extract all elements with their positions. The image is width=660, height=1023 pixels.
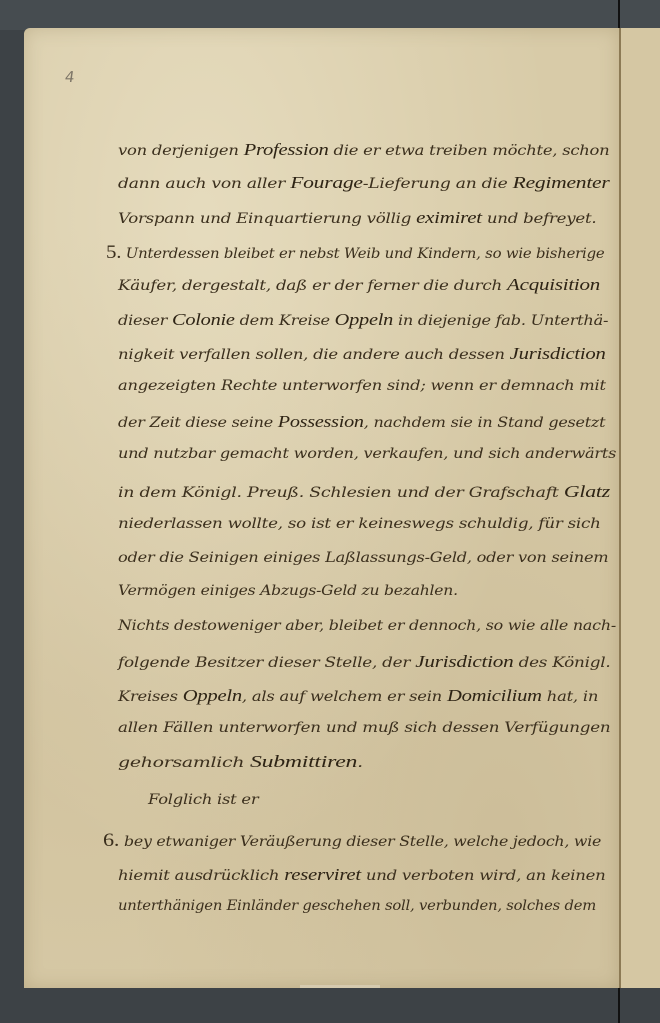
latin-term: eximiret	[416, 208, 482, 227]
spine-line-top	[618, 0, 620, 30]
manuscript-line: hiemit ausdrücklich reserviret und verbo…	[118, 865, 606, 885]
kurrent-text: , nachdem sie in Stand gesetzt	[364, 415, 606, 431]
kurrent-text: oder die Seinigen einiges Laßlassungs-Ge…	[118, 550, 608, 566]
manuscript-line: nigkeit verfallen sollen, die andere auc…	[118, 344, 606, 364]
kurrent-text: hiemit ausdrücklich	[118, 868, 284, 884]
latin-term: Fourage	[290, 173, 362, 192]
latin-term: Domicilium	[447, 686, 542, 705]
manuscript-line: folgende Besitzer dieser Stelle, der Jur…	[118, 652, 611, 672]
manuscript-line: Vermögen einiges Abzugs-Geld zu bezahlen…	[118, 583, 458, 599]
latin-term: Submittiren	[250, 752, 357, 771]
kurrent-text: Folglich ist er	[148, 792, 258, 808]
manuscript-line: allen Fällen unterworfen und muß sich de…	[118, 720, 610, 736]
kurrent-text: nigkeit verfallen sollen, die andere auc…	[118, 347, 510, 363]
kurrent-text: Käufer, dergestalt, daß er der ferner di…	[118, 278, 507, 294]
kurrent-text: .	[357, 755, 363, 771]
kurrent-text: in diejenige fab. Unterthä-	[393, 313, 608, 329]
latin-term: Jurisdiction	[415, 652, 513, 671]
spine-line-bottom	[618, 988, 620, 1023]
manuscript-line: Kreises Oppeln, als auf welchem er sein …	[118, 686, 598, 706]
latin-term: Jurisdiction	[510, 344, 606, 363]
kurrent-text: gehorsamlich	[118, 755, 250, 771]
kurrent-text: dann auch von aller	[118, 176, 290, 192]
kurrent-text: -Lieferung an die	[363, 176, 513, 192]
manuscript-line: unterthänigen Einländer geschehen soll, …	[118, 898, 596, 914]
section-number: 6.	[103, 830, 119, 851]
manuscript-line: dieser Colonie dem Kreise Oppeln in diej…	[118, 310, 608, 330]
kurrent-text: Nichts destoweniger aber, bleibet er den…	[118, 618, 616, 634]
kurrent-text: Vermögen einiges Abzugs-Geld zu bezahlen…	[118, 583, 458, 599]
kurrent-text: hat, in	[542, 689, 598, 705]
folio-number: 4	[64, 68, 76, 86]
kurrent-text: angezeigten Rechte unterworfen sind; wen…	[118, 378, 606, 394]
latin-term: Regimenter	[513, 173, 610, 192]
manuscript-line: angezeigten Rechte unterworfen sind; wen…	[118, 378, 606, 394]
adjacent-page-edge	[619, 28, 660, 988]
kurrent-text: dem Kreise	[235, 313, 335, 329]
manuscript-line: Käufer, dergestalt, daß er der ferner di…	[118, 275, 600, 295]
kurrent-text: bey etwaniger Veräußerung dieser Stelle,…	[119, 834, 601, 850]
kurrent-text: niederlassen wollte, so ist er keinesweg…	[118, 516, 601, 532]
paper-fold-mark	[300, 985, 380, 988]
kurrent-text: , als auf welchem er sein	[242, 689, 447, 705]
kurrent-text: des Königl.	[513, 655, 610, 671]
manuscript-line: in dem Königl. Preuß. Schlesien und der …	[118, 482, 610, 502]
section-number: 5.	[106, 242, 121, 263]
kurrent-text: die er etwa treiben möchte, schon	[329, 143, 610, 159]
manuscript-line: der Zeit diese seine Possession, nachdem…	[118, 412, 605, 432]
manuscript-line: 6. bey etwaniger Veräußerung dieser Stel…	[103, 830, 601, 852]
kurrent-text: Kreises	[118, 689, 183, 705]
manuscript-line: 5. Unterdessen bleibet er nebst Weib und…	[106, 242, 604, 264]
kurrent-text: von derjenigen	[118, 143, 244, 159]
latin-term: Oppeln	[335, 310, 393, 329]
manuscript-line: gehorsamlich Submittiren.	[118, 752, 363, 772]
kurrent-text: folgende Besitzer dieser Stelle, der	[118, 655, 415, 671]
manuscript-line: von derjenigen Profession die er etwa tr…	[118, 140, 609, 160]
latin-term: Colonie	[172, 310, 235, 329]
kurrent-text: allen Fällen unterworfen und muß sich de…	[118, 720, 610, 736]
manuscript-line: Vorspann und Einquartierung völlig eximi…	[118, 208, 596, 228]
manuscript-line: dann auch von aller Fourage-Lieferung an…	[118, 173, 610, 193]
kurrent-text: der Zeit diese seine	[118, 415, 278, 431]
scanner-background	[0, 0, 660, 30]
kurrent-text: Vorspann und Einquartierung völlig	[118, 211, 416, 227]
latin-term: Possession	[278, 412, 364, 431]
latin-term: Glatz	[564, 482, 610, 501]
manuscript-line: niederlassen wollte, so ist er keinesweg…	[118, 516, 601, 532]
manuscript-line: Nichts destoweniger aber, bleibet er den…	[118, 618, 616, 634]
kurrent-text: und befreyet.	[482, 211, 597, 227]
manuscript-line: oder die Seinigen einiges Laßlassungs-Ge…	[118, 550, 608, 566]
kurrent-text: und nutzbar gemacht worden, verkaufen, u…	[118, 446, 616, 462]
kurrent-text: Unterdessen bleibet er nebst Weib und Ki…	[121, 246, 604, 262]
latin-term: Oppeln	[183, 686, 242, 705]
latin-term: Profession	[244, 140, 329, 159]
kurrent-text: dieser	[118, 313, 172, 329]
latin-term: Acquisition	[507, 275, 600, 294]
latin-term: reserviret	[284, 865, 361, 884]
manuscript-line: Folglich ist er	[148, 792, 258, 808]
kurrent-text: unterthänigen Einländer geschehen soll, …	[118, 898, 596, 914]
kurrent-text: und verboten wird, an keinen	[361, 868, 606, 884]
kurrent-text: in dem Königl. Preuß. Schlesien und der …	[118, 485, 564, 501]
manuscript-line: und nutzbar gemacht worden, verkaufen, u…	[118, 446, 616, 462]
